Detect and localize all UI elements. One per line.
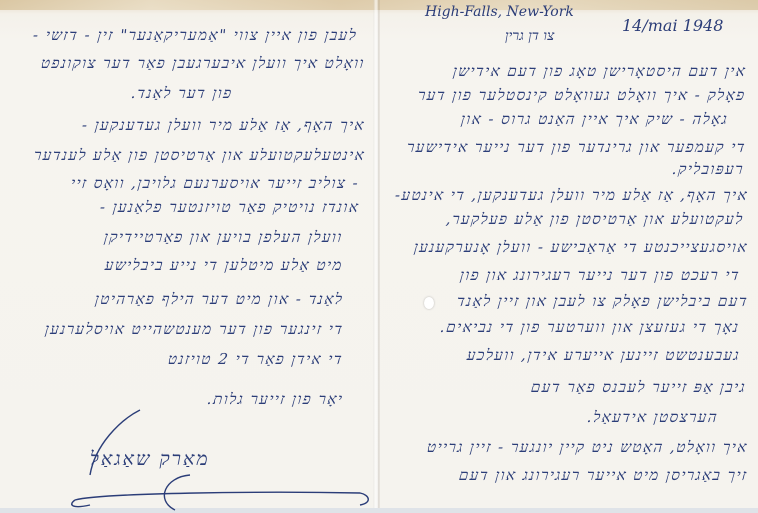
text-line: אונדז נויטיק פאַר טויזנטער פלאַנען -: [99, 198, 360, 217]
text-line: וואָלט איך וועלן איבערגעבן פאַר דער צוקו…: [40, 54, 366, 73]
text-line: לאַנד - און מיט דער הילף פאַרהיטן: [94, 290, 344, 309]
text-line: איך האָף, אַז אַלע מיר וועלן געדענקען, ד…: [394, 186, 749, 205]
letter-sheet: High-Falls, New-York צו דן גרין 14/mai 1…: [0, 0, 758, 513]
text-line: רעפּובליק.: [671, 160, 745, 179]
text-line: לעקטועלע און אַרטיסטן פון אַלע פעלקער,: [445, 210, 745, 229]
text-line: גאָלה - שיק איך איין האַנט גרוס - און: [460, 110, 729, 129]
text-line: זיך באַגריסן מיט אייער רעגירונג און דעם: [458, 466, 749, 485]
text-line: פון דער לאַנד.: [130, 84, 234, 103]
text-line: די זינגער פון דער מענטשהייט אויסלערנען: [44, 320, 344, 339]
text-line: פאָלק - איך וואָלט געוואָלט קינסטלער פון…: [417, 86, 747, 105]
right-page: אין דעם היסטאָרישן טאָג פון דעם אידישן פ…: [380, 0, 758, 513]
text-line: גיבן אַפּ זייער לעבנס פאַר דעם: [530, 378, 747, 397]
text-line: די רעכט פון דער נייער רעגירונג און פון: [459, 266, 741, 285]
text-line: די אידן פאַר די 2 טויזנט: [167, 350, 344, 369]
text-line: די קעמפער און גרינדער פון דער נייער אידי…: [406, 138, 747, 157]
text-line: הערצסטן אידעאַל.: [586, 408, 719, 427]
text-line: אינטעלעקטועלע און אַרטיסטן פון אַלע לענד…: [33, 146, 366, 165]
text-line: - צוליב זייער אויסערנעם גלויבן, וואָס זי…: [70, 174, 360, 193]
signature: מאַרק שאַגאַל: [90, 448, 210, 471]
text-line: אויסגעצייכנטע די אַראַבישע - וועלן אָנער…: [413, 238, 749, 257]
text-line: מיט אַלע מיטלען די נייע ביבלישע: [104, 256, 344, 275]
text-line: דעם ביבלישן פאָלק צו לעבן און זיין לאַנד: [456, 292, 749, 311]
text-line: לעבן פון איין צווי "אַמעריקאַנער" זין - …: [32, 26, 358, 45]
text-line: איך וואָלט, האָטש ניט קיין יונגער - זיין…: [426, 438, 749, 457]
text-line: נאָך די געזעצן און ווערטער פון די נביאים…: [439, 318, 741, 337]
text-line: געבענטשט זיינען אייערע אידן, וועלכע: [466, 346, 741, 365]
text-line: איך האָף, אַז אַלע מיר וועלן געדענקען -: [81, 116, 366, 135]
text-line: אין דעם היסטאָרישן טאָג פון דעם אידישן: [452, 62, 747, 81]
text-line: וועלן העלפן בויען און פאַרטיידיקן: [103, 228, 344, 247]
